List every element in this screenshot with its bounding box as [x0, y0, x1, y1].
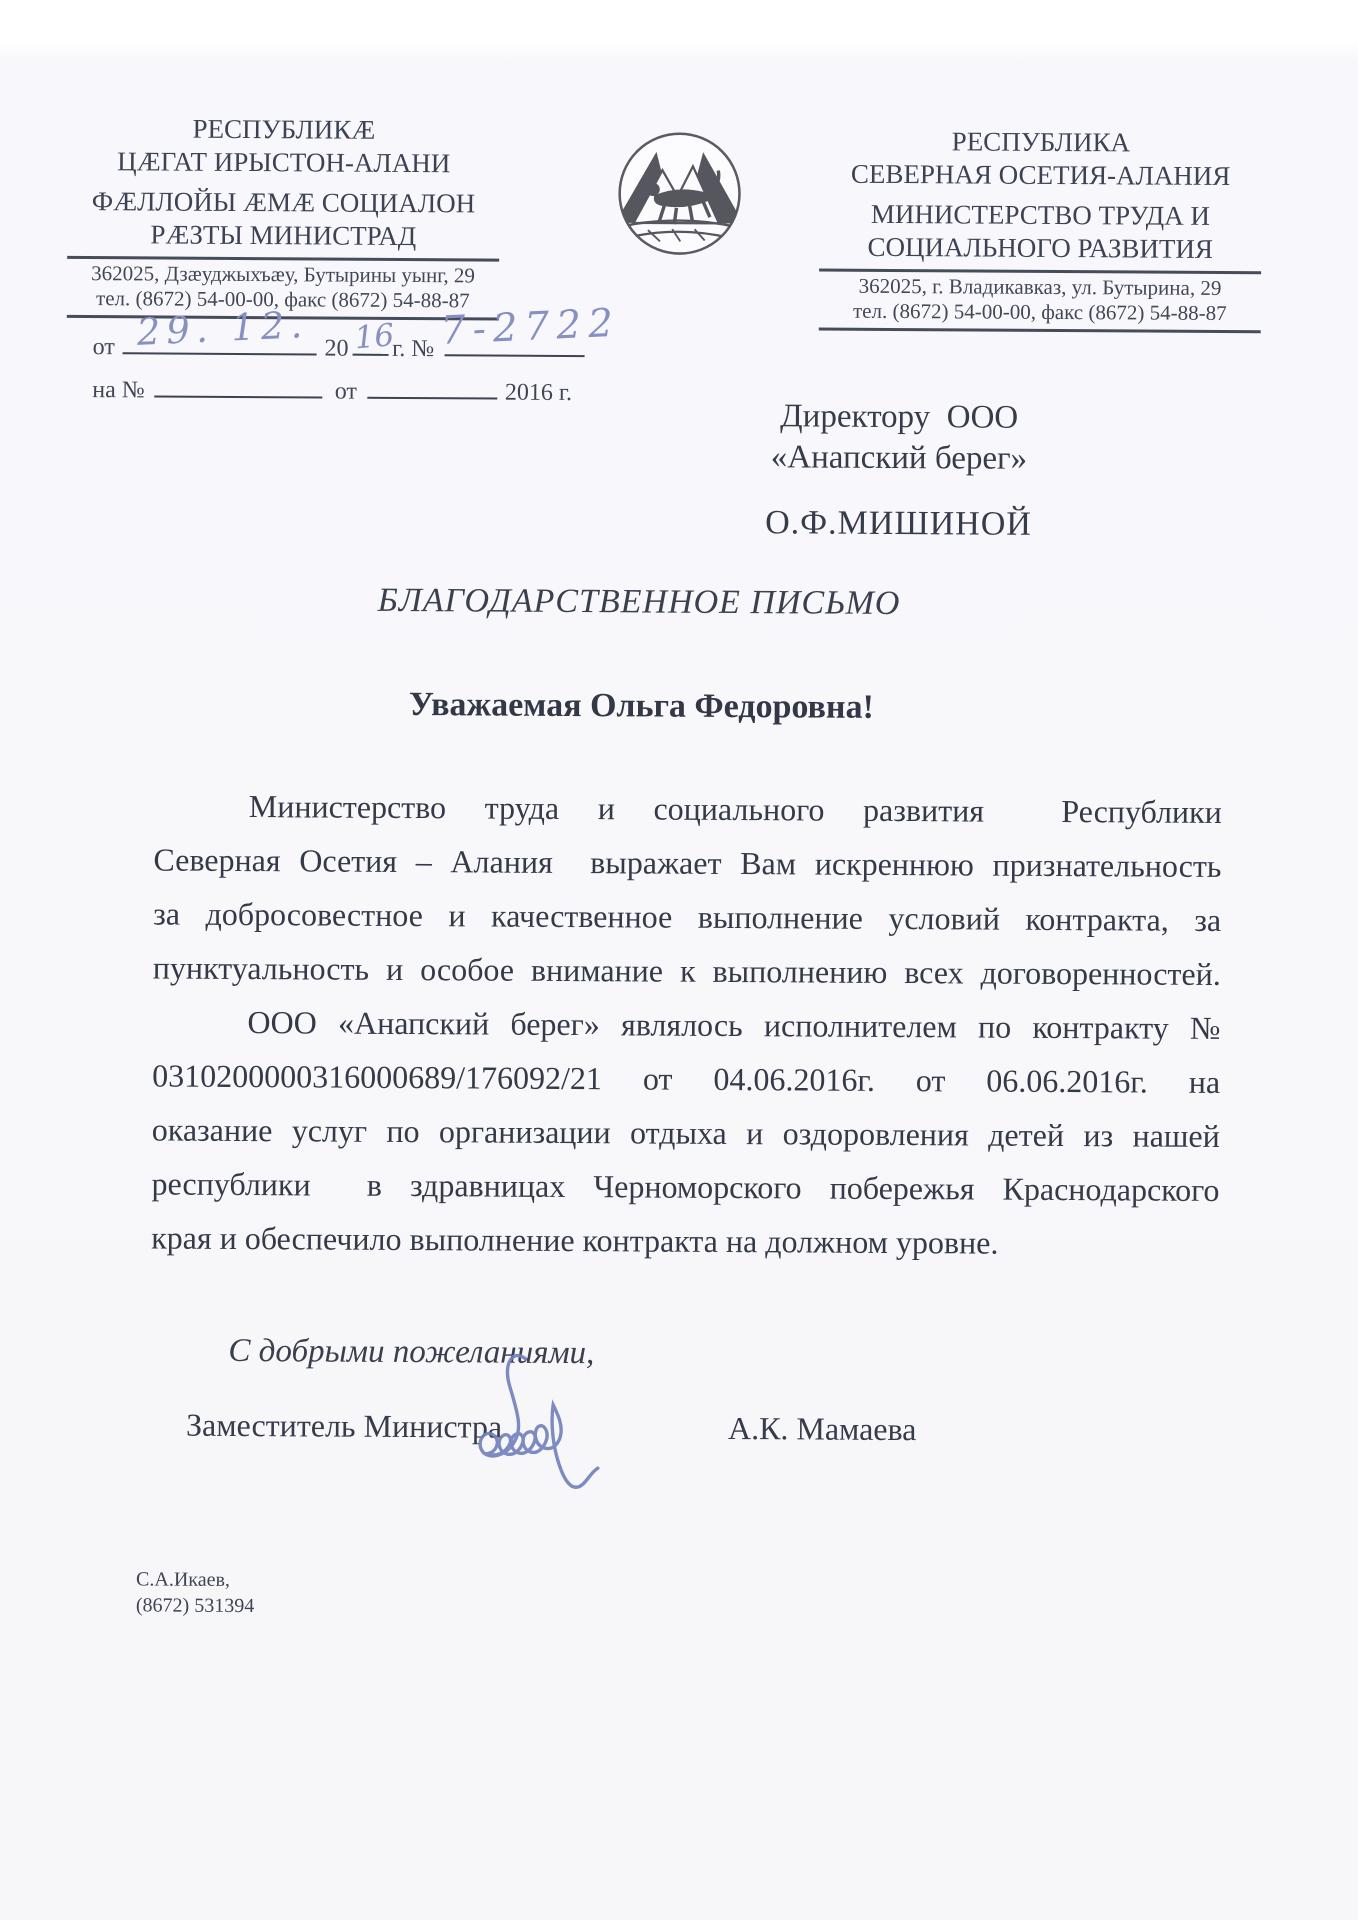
outgoing-row: от 29. 12. 20 16 г. № 7-2722 — [93, 330, 585, 364]
executor-contact: С.А.Икаев, (8672) 531394 — [136, 1566, 255, 1619]
reply-label: на № — [92, 377, 145, 404]
handwritten-year: 16 — [353, 317, 395, 356]
lh-left-line: ЦÆГАТ ИРЫСТОН-АЛАНИ — [68, 145, 500, 181]
lh-left-line: РÆЗТЫ МИНИСТРАД — [67, 218, 499, 254]
reply-from-label: от — [335, 379, 357, 406]
executor-phone: (8672) 531394 — [136, 1592, 254, 1619]
ministry-name-russian: РЕСПУБЛИКА СЕВЕРНАЯ ОСЕТИЯ-АЛАНИЯ МИНИСТ… — [819, 125, 1262, 267]
address-line: 362025, г. Владикавказ, ул. Бутырина, 29 — [819, 274, 1261, 302]
body-line: пунктуальность и особое внимание к выпол… — [153, 940, 1221, 1001]
signature-scribble-icon — [429, 1346, 640, 1517]
letterhead-left: РЕСПУБЛИКÆ ЦÆГАТ ИРЫСТОН-АЛАНИ ФÆЛЛОЙЫ Æ… — [67, 112, 500, 321]
year-underline: 16 — [353, 332, 389, 356]
reply-number-underline — [155, 373, 323, 398]
lh-left-line: ФÆЛЛОЙЫ ÆМÆ СОЦИАЛОН — [67, 185, 499, 221]
recipient-block: Директору ООО «Анапский берег» О.Ф.МИШИН… — [730, 396, 1067, 545]
reply-row: на № от 2016 г. — [92, 373, 584, 407]
scan-tilt-wrapper: РЕСПУБЛИКÆ ЦÆГАТ ИРЫСТОН-АЛАНИ ФÆЛЛОЙЫ Æ… — [0, 0, 1358, 1920]
recipient-line: Директору ООО — [731, 396, 1067, 439]
reply-year: 2016 г. — [505, 380, 572, 407]
address-line: 362025, Дзæуджыхъæу, Бутырины уынг, 29 — [67, 261, 499, 289]
from-label: от — [93, 334, 115, 361]
ministry-name-ossetian: РЕСПУБЛИКÆ ЦÆГАТ ИРЫСТОН-АЛАНИ ФÆЛЛОЙЫ Æ… — [67, 112, 500, 254]
number-underline: 7-2722 — [444, 332, 585, 357]
document-title: БЛАГОДАРСТВЕННОЕ ПИСЬМО — [0, 580, 1281, 626]
address-block-right: 362025, г. Владикавказ, ул. Бутырина, 29… — [819, 269, 1261, 334]
year-printed: 20 — [324, 335, 348, 362]
body-line: Северная Осетия – Алания выражает Вам ис… — [153, 832, 1221, 893]
executor-name: С.А.Икаев, — [136, 1566, 254, 1593]
address-line: тел. (8672) 54-00-00, факс (8672) 54-88-… — [819, 299, 1261, 327]
reply-date-underline — [367, 375, 497, 400]
body-line: за добросовестное и качественное выполне… — [153, 886, 1221, 947]
date-underline: 29. 12. — [123, 330, 317, 355]
handwritten-number: 7-2722 — [439, 301, 620, 354]
handwritten-date: 29. 12. — [136, 303, 309, 354]
body-line: края и обеспечило выполнение контракта н… — [151, 1210, 1219, 1271]
lh-left-line: РЕСПУБЛИКÆ — [68, 112, 500, 148]
lh-right-line: СЕВЕРНАЯ ОСЕТИЯ-АЛАНИЯ — [820, 158, 1262, 194]
letter-body: Министерство труда и социального развити… — [151, 778, 1222, 1271]
scanned-letter-page: РЕСПУБЛИКÆ ЦÆГАТ ИРЫСТОН-АЛАНИ ФÆЛЛОЙЫ Æ… — [0, 0, 1358, 1920]
signer-name: А.К. Мамаева — [728, 1410, 917, 1448]
lh-right-line: МИНИСТЕРСТВО ТРУДА И — [819, 198, 1261, 234]
body-line: Министерство труда и социального развити… — [154, 778, 1222, 839]
lh-right-line: СОЦИАЛЬНОГО РАЗВИТИЯ — [819, 231, 1261, 267]
recipient-line: «Анапский берег» — [731, 437, 1067, 480]
reference-block: от 29. 12. 20 16 г. № 7-2722 на № от 201… — [92, 330, 584, 407]
body-line: ООО «Анапский берег» являлось исполнител… — [152, 994, 1220, 1055]
letterhead-right: РЕСПУБЛИКА СЕВЕРНАЯ ОСЕТИЯ-АЛАНИЯ МИНИСТ… — [819, 125, 1262, 334]
year-number-label: г. № — [392, 336, 434, 363]
body-line: оказание услуг по организации отдыха и о… — [152, 1102, 1220, 1163]
body-line: республики в здравницах Черноморского по… — [151, 1156, 1219, 1217]
recipient-name: О.Ф.МИШИНОЙ — [730, 502, 1066, 545]
body-line: 0310200000316000689/176092/21 от 04.06.2… — [152, 1048, 1220, 1109]
salutation: Уважаемая Ольга Федоровна! — [0, 684, 1287, 730]
coat-of-arms-icon — [613, 127, 746, 260]
lh-right-line: РЕСПУБЛИКА — [820, 125, 1262, 161]
